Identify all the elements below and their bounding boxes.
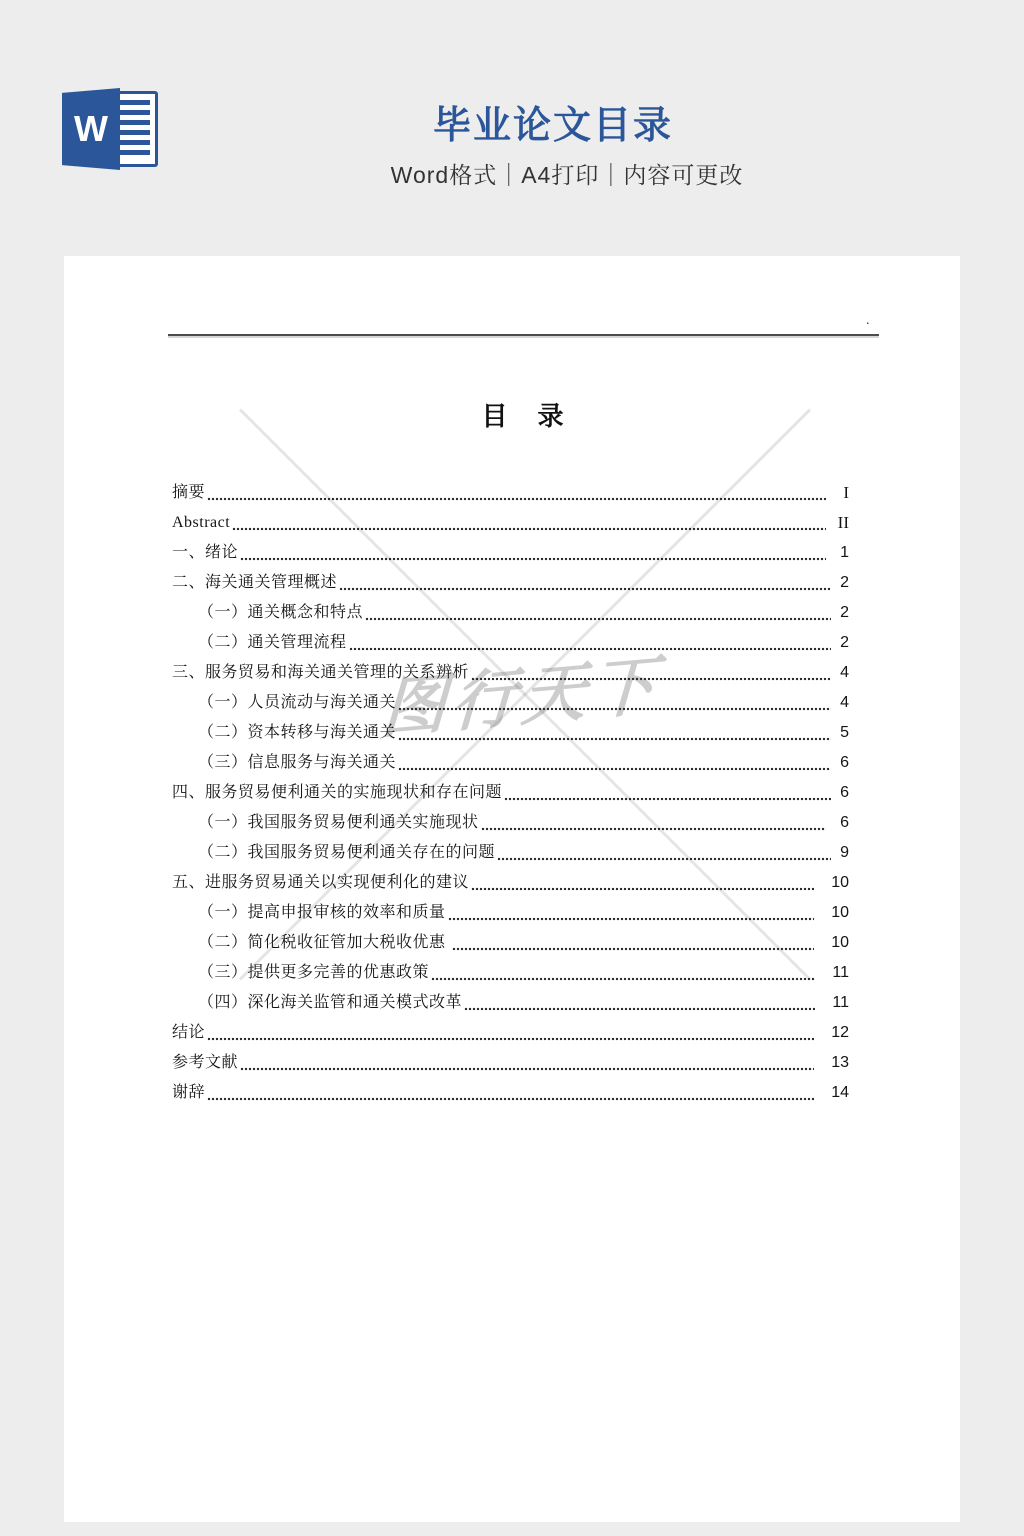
word-icon: W xyxy=(62,88,158,170)
toc-entry-label: （一）通关概念和特点 xyxy=(172,598,363,628)
toc-entry: 三、服务贸易和海关通关管理的关系辨析4 xyxy=(172,658,849,688)
toc-dot-leader xyxy=(452,947,814,951)
toc-entry: 五、进服务贸易通关以实现便利化的建议10 xyxy=(172,868,849,898)
word-icon-panel: W xyxy=(62,88,120,170)
toc-dot-leader xyxy=(497,857,831,861)
toc-entry-label: 摘要 xyxy=(172,478,205,508)
toc-entry: 四、服务贸易便利通关的实施现状和存在问题6 xyxy=(172,778,849,808)
toc-dot-leader xyxy=(240,1067,814,1071)
toc-dot-leader xyxy=(398,707,831,711)
toc-page-number: 12 xyxy=(831,1018,849,1048)
page-subtitle: Word格式｜A4打印｜内容可更改 xyxy=(391,157,744,190)
toc-dot-leader xyxy=(207,1037,814,1041)
toc-entry-label: 谢辞 xyxy=(172,1078,205,1108)
toc-dot-leader xyxy=(240,557,826,561)
toc-entry-label: Abstract xyxy=(172,508,230,538)
toc-entry-label: （四）深化海关监管和通关模式改革 xyxy=(172,988,462,1018)
toc-entry: （一）人员流动与海关通关4 xyxy=(172,688,849,718)
toc-entry: （二）通关管理流程2 xyxy=(172,628,849,658)
toc-list: 摘要IAbstractII一、绪论1二、海关通关管理概述2（一）通关概念和特点2… xyxy=(172,478,849,1108)
toc-page-number: 10 xyxy=(831,898,849,928)
toc-entry-label: 一、绪论 xyxy=(172,538,238,568)
toc-entry: （四）深化海关监管和通关模式改革11 xyxy=(172,988,849,1018)
toc-dot-leader xyxy=(207,497,826,501)
toc-entry: （二）我国服务贸易便利通关存在的问题9 xyxy=(172,838,849,868)
toc-entry: AbstractII xyxy=(172,508,849,538)
word-icon-text-lines xyxy=(117,100,150,159)
toc-entry-label: 二、海关通关管理概述 xyxy=(172,568,337,598)
toc-entry-label: 四、服务贸易便利通关的实施现状和存在问题 xyxy=(172,778,502,808)
toc-page-number: 4 xyxy=(833,688,849,718)
toc-entry-label: 三、服务贸易和海关通关管理的关系辨析 xyxy=(172,658,469,688)
toc-page-number: 10 xyxy=(831,868,849,898)
toc-page-number: I xyxy=(833,478,849,508)
toc-dot-leader xyxy=(398,767,831,771)
toc-page-number: 5 xyxy=(833,718,849,748)
toc-dot-leader xyxy=(398,737,831,741)
toc-page-number: 6 xyxy=(833,748,849,778)
toc-dot-leader xyxy=(349,647,831,651)
toc-dot-leader xyxy=(471,887,814,891)
word-icon-letter: W xyxy=(74,111,108,147)
toc-entry-label: 结论 xyxy=(172,1018,205,1048)
toc-page-number: II xyxy=(833,508,849,538)
header-rule xyxy=(168,334,879,336)
toc-entry-label: （一）我国服务贸易便利通关实施现状 xyxy=(172,808,479,838)
toc-entry-label: （一）人员流动与海关通关 xyxy=(172,688,396,718)
toc-entry: （一）通关概念和特点2 xyxy=(172,598,849,628)
toc-page-number: 10 xyxy=(831,928,849,958)
toc-heading: 目 录 xyxy=(168,396,879,433)
toc-entry-label: （三）信息服务与海关通关 xyxy=(172,748,396,778)
toc-page-number: 2 xyxy=(833,598,849,628)
toc-page-number: 13 xyxy=(831,1048,849,1078)
toc-dot-leader xyxy=(481,827,826,831)
toc-dot-leader xyxy=(448,917,815,921)
toc-entry: 二、海关通关管理概述2 xyxy=(172,568,849,598)
toc-page-number: 11 xyxy=(832,958,849,988)
document-page: 图行天下 . 目 录 摘要IAbstractII一、绪论1二、海关通关管理概述2… xyxy=(64,256,960,1522)
toc-entry: 结论12 xyxy=(172,1018,849,1048)
toc-entry: （一）我国服务贸易便利通关实施现状6 xyxy=(172,808,849,838)
toc-dot-leader xyxy=(431,977,815,981)
toc-entry: 参考文献13 xyxy=(172,1048,849,1078)
toc-entry-label: （二）资本转移与海关通关 xyxy=(172,718,396,748)
page-title: 毕业论文目录 xyxy=(433,94,673,149)
toc-page-number: 4 xyxy=(833,658,849,688)
toc-page-number: 9 xyxy=(833,838,849,868)
template-preview-canvas: W 毕业论文目录 Word格式｜A4打印｜内容可更改 图行天下 . 目 录 摘要… xyxy=(0,0,1024,1536)
toc-dot-leader xyxy=(504,797,831,801)
toc-page-number: 2 xyxy=(833,568,849,598)
toc-dot-leader xyxy=(464,1007,815,1011)
toc-page-number: 2 xyxy=(833,628,849,658)
toc-page-number: 11 xyxy=(832,988,849,1018)
toc-entry-label: 参考文献 xyxy=(172,1048,238,1078)
toc-entry-label: （三）提供更多完善的优惠政策 xyxy=(172,958,429,988)
toc-entry-label: 五、进服务贸易通关以实现便利化的建议 xyxy=(172,868,469,898)
toc-entry: 谢辞14 xyxy=(172,1078,849,1108)
toc-entry: （三）提供更多完善的优惠政策11 xyxy=(172,958,849,988)
toc-page-number: 14 xyxy=(831,1078,849,1108)
toc-dot-leader xyxy=(339,587,831,591)
toc-dot-leader xyxy=(232,527,826,531)
toc-entry: （二）资本转移与海关通关5 xyxy=(172,718,849,748)
toc-entry-label: （一）提高申报审核的效率和质量 xyxy=(172,898,446,928)
toc-entry: （一）提高申报审核的效率和质量10 xyxy=(172,898,849,928)
header-period-mark: . xyxy=(866,314,870,328)
toc-entry-label: （二）通关管理流程 xyxy=(172,628,347,658)
toc-entry: （二）简化税收征管加大税收优惠 10 xyxy=(172,928,849,958)
toc-page-number: 6 xyxy=(833,778,849,808)
toc-page-number: 6 xyxy=(833,808,849,838)
toc-dot-leader xyxy=(207,1097,814,1101)
toc-entry: （三）信息服务与海关通关6 xyxy=(172,748,849,778)
toc-dot-leader xyxy=(471,677,831,681)
toc-dot-leader xyxy=(365,617,831,621)
toc-entry-label: （二）我国服务贸易便利通关存在的问题 xyxy=(172,838,495,868)
toc-page-number: 1 xyxy=(833,538,849,568)
toc-entry: 一、绪论1 xyxy=(172,538,849,568)
toc-entry: 摘要I xyxy=(172,478,849,508)
toc-entry-label: （二）简化税收征管加大税收优惠 xyxy=(172,928,450,958)
